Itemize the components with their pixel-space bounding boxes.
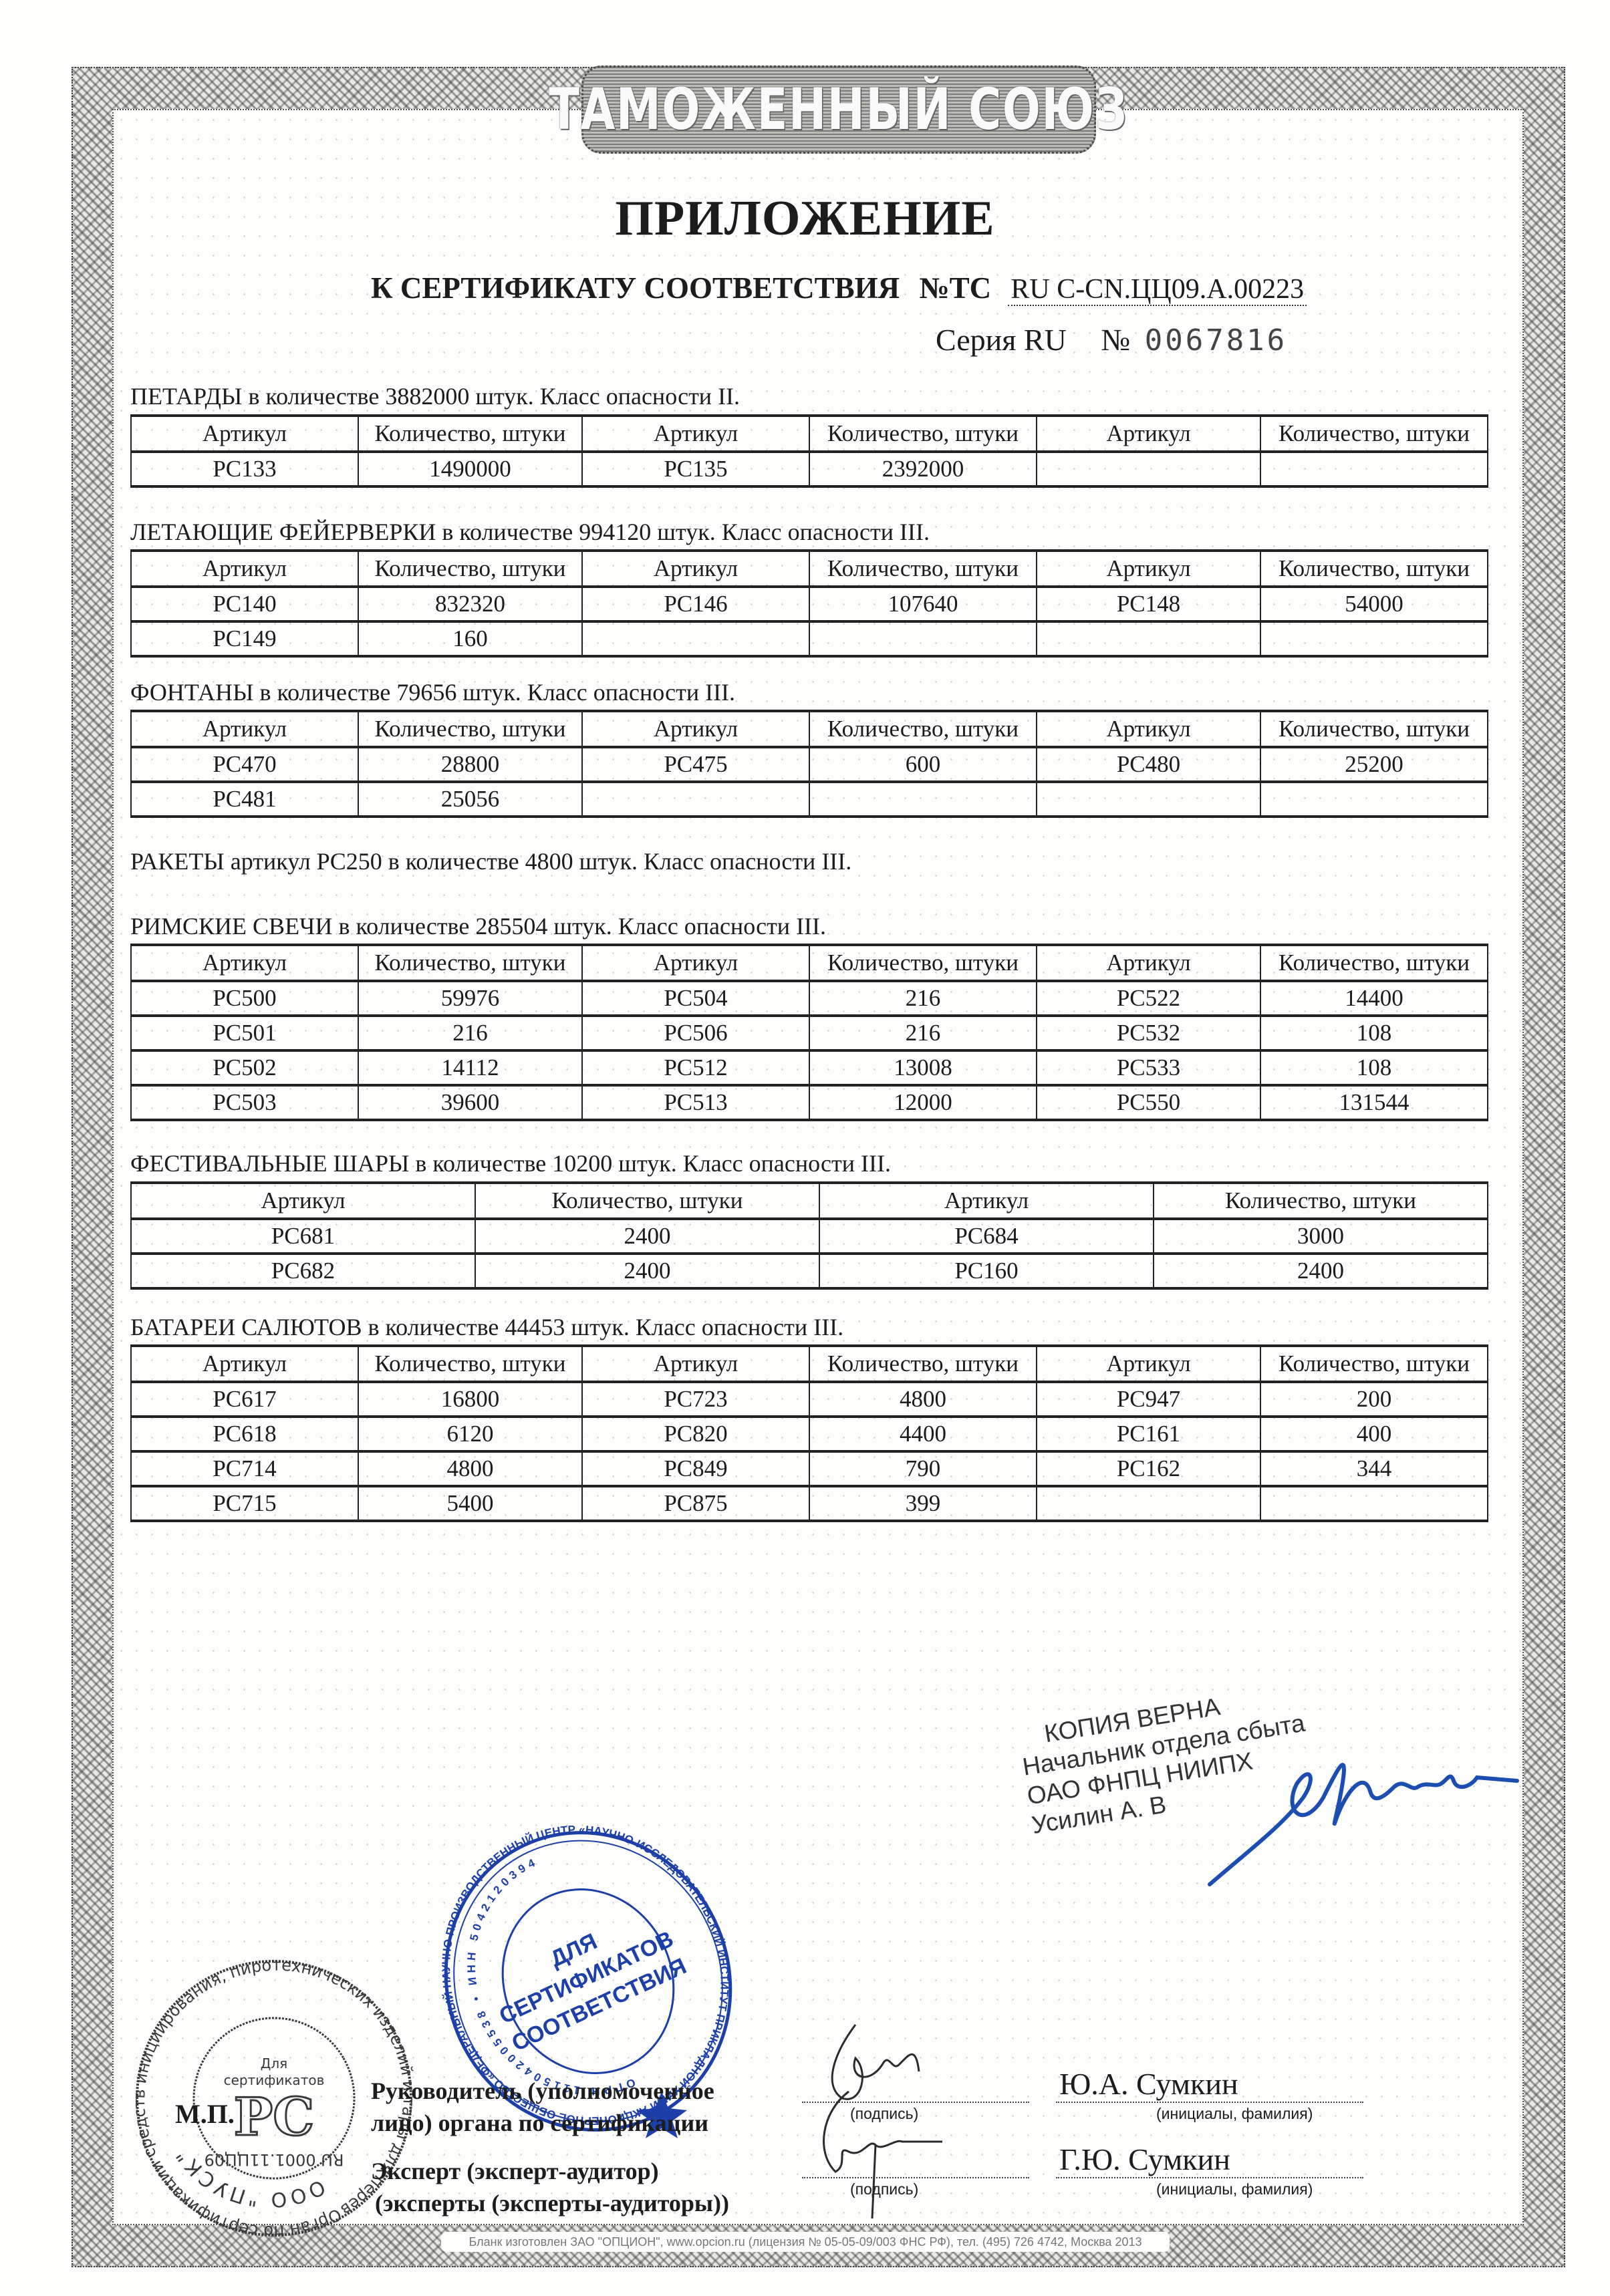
article-cell: PC133 [131, 452, 358, 486]
quantity-cell: 2400 [475, 1254, 819, 1288]
customs-union-banner: ТАМОЖЕННЫЙ СОЮЗ [581, 65, 1096, 154]
head-name: Ю.А. Сумкин [1059, 2066, 1238, 2102]
article-cell [1037, 1486, 1260, 1521]
table-row: PC50339600PC51312000PC550131544 [131, 1085, 1488, 1120]
section-heading: ПЕТАРДЫ в количестве 3882000 штук. Класс… [130, 382, 740, 410]
article-cell: PC617 [131, 1382, 358, 1417]
cert-prefix: №ТС [919, 271, 991, 305]
svg-text:сертификатов: сертификатов [224, 2072, 325, 2088]
quantity-cell: 59976 [358, 981, 582, 1016]
table-row: PC6822400PC1602400 [131, 1254, 1488, 1288]
column-header-quantity: Количество, штуки [809, 711, 1037, 747]
table-header-row: АртикулКоличество, штукиАртикулКоличеств… [131, 551, 1488, 587]
quantity-cell: 216 [809, 1016, 1037, 1050]
quantity-cell: 1490000 [358, 452, 582, 486]
column-header-article: Артикул [582, 1346, 809, 1382]
head-label-line: лицо) органа по сертификации [371, 2109, 714, 2137]
certificate-number: RU C-CN.ЦЦ09.А.00223 [1008, 274, 1307, 306]
svg-text:PC: PC [234, 2087, 315, 2148]
column-header-quantity: Количество, штуки [475, 1183, 819, 1219]
article-cell: PC503 [131, 1085, 358, 1120]
column-header-quantity: Количество, штуки [1260, 945, 1488, 981]
article-cell: PC682 [131, 1254, 475, 1288]
article-cell: PC522 [1037, 981, 1260, 1016]
column-header-article: Артикул [1037, 945, 1260, 981]
column-header-article: Артикул [582, 711, 809, 747]
product-table: АртикулКоличество, штукиАртикулКоличеств… [130, 1181, 1488, 1290]
section-heading: БАТАРЕИ САЛЮТОВ в количестве 44453 штук.… [130, 1313, 843, 1341]
column-header-quantity: Количество, штуки [358, 1346, 582, 1382]
signature-copy-verified [1203, 1724, 1524, 1898]
column-header-article: Артикул [1037, 551, 1260, 587]
article-cell [582, 782, 809, 817]
article-cell: PC723 [582, 1382, 809, 1417]
article-cell: PC550 [1037, 1085, 1260, 1120]
page-title: ПРИЛОЖЕНИЕ [0, 190, 1610, 247]
column-header-article: Артикул [1037, 711, 1260, 747]
article-cell: PC715 [131, 1486, 358, 1521]
expert-label-line: Эксперт (эксперт-аудитор) [371, 2157, 729, 2185]
signature-head [809, 1998, 1023, 2218]
quantity-cell: 216 [358, 1016, 582, 1050]
article-cell: PC684 [819, 1219, 1154, 1254]
series-number: 0067816 [1145, 323, 1287, 357]
quantity-cell: 4800 [358, 1451, 582, 1486]
article-cell: PC506 [582, 1016, 809, 1050]
quantity-cell: 25200 [1260, 747, 1488, 782]
head-label: Руководитель (уполномоченное лицо) орган… [371, 2077, 714, 2137]
quantity-cell: 790 [809, 1451, 1037, 1486]
quantity-cell [809, 782, 1037, 817]
quantity-cell: 25056 [358, 782, 582, 817]
column-header-article: Артикул [131, 1346, 358, 1382]
table-row: PC6186120PC8204400PC161400 [131, 1417, 1488, 1451]
table-header-row: АртикулКоличество, штукиАртикулКоличеств… [131, 1183, 1488, 1219]
expert-label: Эксперт (эксперт-аудитор) (эксперты (экс… [371, 2157, 729, 2217]
section-heading: ЛЕТАЮЩИЕ ФЕЙЕРВЕРКИ в количестве 994120 … [130, 518, 930, 546]
certificate-reference: К СЕРТИФИКАТУ СООТВЕТСТВИЯ №ТС RU C-CN.Ц… [371, 271, 1307, 305]
article-cell: PC149 [131, 621, 358, 656]
article-cell [582, 621, 809, 656]
article-cell: PC470 [131, 747, 358, 782]
article-cell: PC533 [1037, 1050, 1260, 1085]
quantity-cell: 399 [809, 1486, 1037, 1521]
table-row: PC149160 [131, 621, 1488, 656]
quantity-cell: 4400 [809, 1417, 1037, 1451]
article-cell: PC480 [1037, 747, 1260, 782]
quantity-cell: 13008 [809, 1050, 1037, 1085]
article-cell: PC161 [1037, 1417, 1260, 1451]
column-header-article: Артикул [131, 416, 358, 452]
column-header-article: Артикул [582, 945, 809, 981]
section-heading: РАКЕТЫ артикул PC250 в количестве 4800 ш… [130, 847, 851, 875]
stamp-place-label: М.П. [175, 2098, 235, 2130]
article-cell: PC501 [131, 1016, 358, 1050]
expert-name: Г.Ю. Сумкин [1059, 2142, 1230, 2177]
column-header-article: Артикул [582, 551, 809, 587]
column-header-article: Артикул [131, 1183, 475, 1219]
article-cell: PC500 [131, 981, 358, 1016]
product-table: АртикулКоличество, штукиАртикулКоличеств… [130, 414, 1488, 488]
quantity-cell [809, 621, 1037, 656]
column-header-article: Артикул [131, 945, 358, 981]
article-cell: PC481 [131, 782, 358, 817]
quantity-cell: 14400 [1260, 981, 1488, 1016]
quantity-cell: 107640 [809, 587, 1037, 621]
quantity-cell: 39600 [358, 1085, 582, 1120]
quantity-cell: 3000 [1154, 1219, 1488, 1254]
article-cell: PC714 [131, 1451, 358, 1486]
column-header-quantity: Количество, штуки [358, 416, 582, 452]
product-table: АртикулКоличество, штукиАртикулКоличеств… [130, 549, 1488, 658]
svg-text:Для: Для [261, 2055, 287, 2071]
table-row: PC1331490000PC1352392000 [131, 452, 1488, 486]
table-row: PC7155400PC875399 [131, 1486, 1488, 1521]
column-header-article: Артикул [1037, 1346, 1260, 1382]
series-number-label: № [1101, 323, 1130, 357]
article-cell: PC532 [1037, 1016, 1260, 1050]
quantity-cell: 4800 [809, 1382, 1037, 1417]
article-cell: PC504 [582, 981, 809, 1016]
series-label: Серия RU [936, 323, 1067, 357]
quantity-cell: 344 [1260, 1451, 1488, 1486]
table-row: PC50214112PC51213008PC533108 [131, 1050, 1488, 1085]
table-row: PC61716800PC7234800PC947200 [131, 1382, 1488, 1417]
name-caption: (инициалы, фамилия) [1156, 2180, 1313, 2198]
column-header-quantity: Количество, штуки [1260, 1346, 1488, 1382]
quantity-cell: 216 [809, 981, 1037, 1016]
quantity-cell: 131544 [1260, 1085, 1488, 1120]
column-header-quantity: Количество, штуки [809, 945, 1037, 981]
section-heading: ФЕСТИВАЛЬНЫЕ ШАРЫ в количестве 10200 шту… [130, 1149, 891, 1177]
head-label-line: Руководитель (уполномоченное [371, 2077, 714, 2105]
section-heading: ФОНТАНЫ в количестве 79656 штук. Класс о… [130, 678, 735, 706]
quantity-cell: 832320 [358, 587, 582, 621]
table-row: PC6812400PC6843000 [131, 1219, 1488, 1254]
article-cell: PC947 [1037, 1382, 1260, 1417]
name-caption: (инициалы, фамилия) [1156, 2105, 1313, 2123]
column-header-quantity: Количество, штуки [809, 1346, 1037, 1382]
expert-name-line [1056, 2177, 1363, 2178]
column-header-quantity: Количество, штуки [358, 551, 582, 587]
expert-label-line: (эксперты (эксперты-аудиторы)) [375, 2189, 729, 2217]
column-header-quantity: Количество, штуки [1260, 551, 1488, 587]
column-header-article: Артикул [819, 1183, 1154, 1219]
banner-text: ТАМОЖЕННЫЙ СОЮЗ [549, 76, 1129, 143]
column-header-article: Артикул [1037, 416, 1260, 452]
article-cell: PC140 [131, 587, 358, 621]
quantity-cell: 54000 [1260, 587, 1488, 621]
article-cell: PC849 [582, 1451, 809, 1486]
quantity-cell [1260, 782, 1488, 817]
article-cell: PC513 [582, 1085, 809, 1120]
quantity-cell: 6120 [358, 1417, 582, 1451]
form-imprint: Бланк изготовлен ЗАО "ОПЦИОН", www.opcio… [441, 2232, 1170, 2252]
column-header-article: Артикул [131, 711, 358, 747]
table-row: PC140832320PC146107640PC14854000 [131, 587, 1488, 621]
table-header-row: АртикулКоличество, штукиАртикулКоличеств… [131, 711, 1488, 747]
article-cell: PC681 [131, 1219, 475, 1254]
article-cell: PC512 [582, 1050, 809, 1085]
article-cell [1037, 621, 1260, 656]
subtitle-text: К СЕРТИФИКАТУ СООТВЕТСТВИЯ [371, 271, 900, 305]
quantity-cell: 16800 [358, 1382, 582, 1417]
table-header-row: АртикулКоличество, штукиАртикулКоличеств… [131, 945, 1488, 981]
quantity-cell [1260, 1486, 1488, 1521]
article-cell: PC875 [582, 1486, 809, 1521]
form-series: Серия RU № 0067816 [936, 322, 1287, 357]
column-header-quantity: Количество, штуки [358, 945, 582, 981]
product-table: АртикулКоличество, штукиАртикулКоличеств… [130, 944, 1488, 1121]
article-cell [1037, 782, 1260, 817]
quantity-cell: 2392000 [809, 452, 1037, 486]
table-row: PC50059976PC504216PC52214400 [131, 981, 1488, 1016]
quantity-cell: 200 [1260, 1382, 1488, 1417]
column-header-quantity: Количество, штуки [1260, 416, 1488, 452]
column-header-quantity: Количество, штуки [809, 416, 1037, 452]
column-header-quantity: Количество, штуки [358, 711, 582, 747]
article-cell: PC475 [582, 747, 809, 782]
quantity-cell: 108 [1260, 1016, 1488, 1050]
quantity-cell [1260, 452, 1488, 486]
quantity-cell: 108 [1260, 1050, 1488, 1085]
product-table: АртикулКоличество, штукиАртикулКоличеств… [130, 710, 1488, 818]
article-cell: PC162 [1037, 1451, 1260, 1486]
quantity-cell: 160 [358, 621, 582, 656]
column-header-quantity: Количество, штуки [1154, 1183, 1488, 1219]
column-header-quantity: Количество, штуки [1260, 711, 1488, 747]
article-cell: PC160 [819, 1254, 1154, 1288]
quantity-cell: 2400 [1154, 1254, 1488, 1288]
article-cell: PC618 [131, 1417, 358, 1451]
article-cell: PC148 [1037, 587, 1260, 621]
table-row: PC7144800PC849790PC162344 [131, 1451, 1488, 1486]
quantity-cell: 600 [809, 747, 1037, 782]
svg-text:RU 0001.11ЦЦ09: RU 0001.11ЦЦ09 [205, 2150, 344, 2169]
product-table: АртикулКоличество, штукиАртикулКоличеств… [130, 1344, 1488, 1522]
column-header-quantity: Количество, штуки [809, 551, 1037, 587]
article-cell: PC146 [582, 587, 809, 621]
article-cell: PC135 [582, 452, 809, 486]
table-row: PC501216PC506216PC532108 [131, 1016, 1488, 1050]
quantity-cell: 28800 [358, 747, 582, 782]
head-name-line [1056, 2102, 1363, 2103]
table-header-row: АртикулКоличество, штукиАртикулКоличеств… [131, 416, 1488, 452]
quantity-cell: 5400 [358, 1486, 582, 1521]
quantity-cell [1260, 621, 1488, 656]
quantity-cell: 2400 [475, 1219, 819, 1254]
article-cell [1037, 452, 1260, 486]
article-cell: PC502 [131, 1050, 358, 1085]
quantity-cell: 400 [1260, 1417, 1488, 1451]
table-header-row: АртикулКоличество, штукиАртикулКоличеств… [131, 1346, 1488, 1382]
quantity-cell: 12000 [809, 1085, 1037, 1120]
quantity-cell: 14112 [358, 1050, 582, 1085]
section-heading: РИМСКИЕ СВЕЧИ в количестве 285504 штук. … [130, 912, 826, 940]
column-header-article: Артикул [582, 416, 809, 452]
table-row: PC47028800PC475600PC48025200 [131, 747, 1488, 782]
article-cell: PC820 [582, 1417, 809, 1451]
table-row: PC48125056 [131, 782, 1488, 817]
column-header-article: Артикул [131, 551, 358, 587]
